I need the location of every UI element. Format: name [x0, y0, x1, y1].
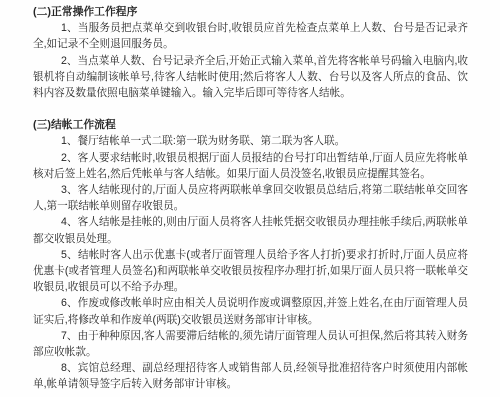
document-page: (二)正常操作工作程序 1、当服务员把点菜单交到收银台时,收银员应首先检查点菜单…	[0, 0, 500, 397]
paragraph: 2、客人要求结帐时,收银员根据厅面人员报结的台号打印出暂结单,厅面人员应先将帐单…	[33, 150, 468, 182]
section-settlement-flow: (三)结帐工作流程 1、餐厅结帐单一式二联:第一联为财务联、第二联为客人联。 2…	[33, 117, 468, 392]
section-heading-normal-operation: (二)正常操作工作程序	[33, 4, 468, 20]
paragraph: 3、客人结帐现付的,厅面人员应将两联帐单拿回交收银员总结后,将第二联结帐单交回客…	[33, 182, 468, 214]
section-body-normal-operation: 1、当服务员把点菜单交到收银台时,收银员应首先检查点菜单上人数、台号是否记录齐全…	[33, 20, 468, 101]
paragraph: 1、餐厅结帐单一式二联:第一联为财务联、第二联为客人联。	[33, 133, 468, 149]
paragraph: 4、客人结帐是挂帐的,则由厅面人员将客人挂帐凭据交收银员办理挂帐手续后,两联帐单…	[33, 214, 468, 246]
section-body-settlement-flow: 1、餐厅结帐单一式二联:第一联为财务联、第二联为客人联。 2、客人要求结帐时,收…	[33, 133, 468, 392]
paragraph: 6、作废或修改帐单时应由相关人员说明作废或调整原因,并签上姓名,在由厅面管理人员…	[33, 295, 468, 327]
paragraph: 1、当服务员把点菜单交到收银台时,收银员应首先检查点菜单上人数、台号是否记录齐全…	[33, 20, 468, 52]
paragraph: 2、当点菜单人数、台号记录齐全后,开始正式输入菜单,首先将客帐单号码输入电脑内,…	[33, 53, 468, 102]
paragraph: 7、由于种种原因,客人需要滞后结帐的,须先请厅面管理人员认可担保,然后将其转入财…	[33, 328, 468, 360]
paragraph: 5、结帐时客人出示优惠卡(或者厅面管理人员给予客人打折)要求打折时,厅面人员应将…	[33, 247, 468, 296]
section-normal-operation: (二)正常操作工作程序 1、当服务员把点菜单交到收银台时,收银员应首先检查点菜单…	[33, 4, 468, 101]
paragraph: 8、宾馆总经理、副总经理招待客人或销售部人员,经领导批准招待客户时须使用内部帐单…	[33, 360, 468, 392]
section-heading-settlement-flow: (三)结帐工作流程	[33, 117, 468, 133]
